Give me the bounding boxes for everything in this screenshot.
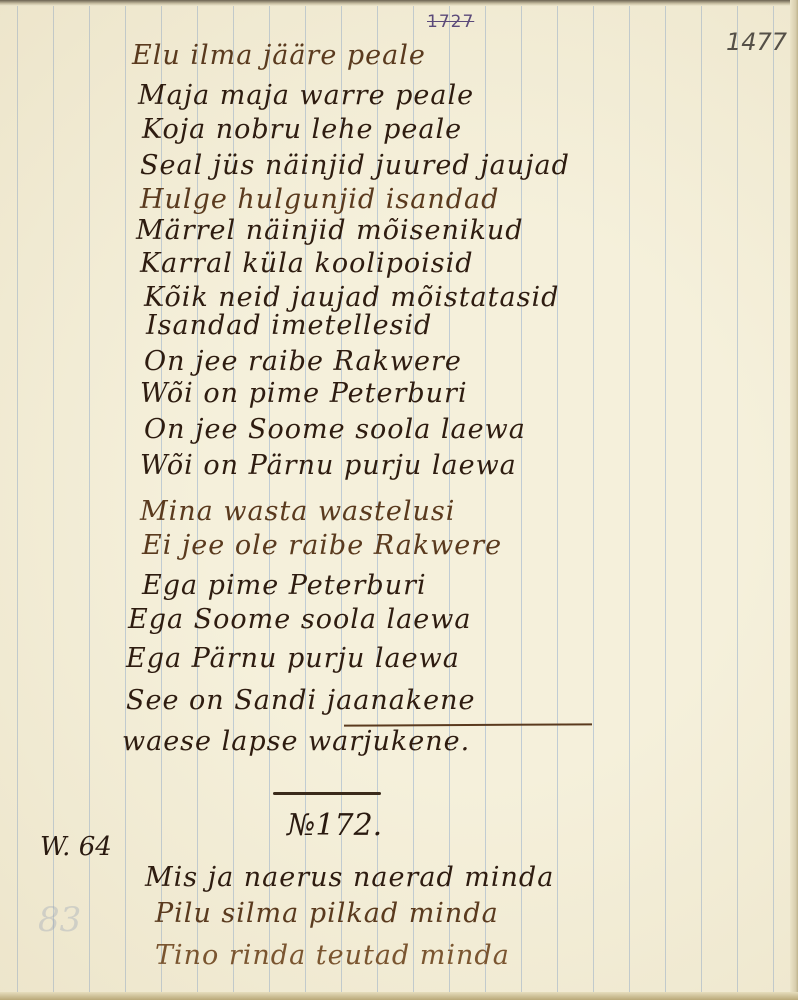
poem-line: Ei jee ole raibe Rakwere xyxy=(142,530,502,561)
manuscript-page: 1727 1477 Elu ilma jääre peale Maja maja… xyxy=(0,0,798,1000)
poem-line: On jee Soome soola laewa xyxy=(144,414,526,445)
poem-line: Ega Pärnu purju laewa xyxy=(126,643,460,674)
poem-line: Hulge hulgunjid isandad xyxy=(140,184,499,215)
poem-line: Mina wasta wastelusi xyxy=(140,496,455,527)
poem-line: Ega Soome soola laewa xyxy=(128,604,471,635)
struck-archive-number: 1727 xyxy=(427,12,474,32)
poem-line: Karral küla koolipoisid xyxy=(140,248,474,279)
page-right-edge xyxy=(790,0,798,1000)
faded-margin-note: 83 xyxy=(38,900,81,940)
poem-line: See on Sandi jaanakene xyxy=(126,685,476,716)
poem-line: Ega pime Peterburi xyxy=(142,570,427,601)
poem-line: Märrel näinjid mõisenikud xyxy=(136,215,524,246)
poem-line: On jee raibe Rakwere xyxy=(144,346,462,377)
poem-line: waese lapse warjukene. xyxy=(122,726,470,757)
poem-line: Mis ja naerus naerad minda xyxy=(145,862,554,893)
poem-line: Wõi on pime Peterburi xyxy=(140,378,468,409)
poem-line: Seal jüs näinjid juured jaujad xyxy=(140,150,570,181)
poem-line: Tino rinda teutad minda xyxy=(155,940,510,971)
poem-line: Maja maja warre peale xyxy=(138,80,474,111)
pencil-archive-number: 1477 xyxy=(726,28,787,56)
section-divider xyxy=(273,792,381,795)
page-bottom-edge xyxy=(0,992,798,1000)
poem-line: Wõi on Pärnu purju laewa xyxy=(140,450,517,481)
page-top-edge xyxy=(0,0,798,6)
margin-note: W. 64 xyxy=(40,832,112,862)
poem-line: Elu ilma jääre peale xyxy=(132,40,426,71)
poem-line: Isandad imetellesid xyxy=(146,310,432,341)
poem-line: Kõik neid jaujad mõistatasid xyxy=(144,282,559,313)
poem-line: Pilu silma pilkad minda xyxy=(155,898,499,929)
poem-line: Koja nobru lehe peale xyxy=(142,114,462,145)
section-number: №172. xyxy=(287,808,382,843)
